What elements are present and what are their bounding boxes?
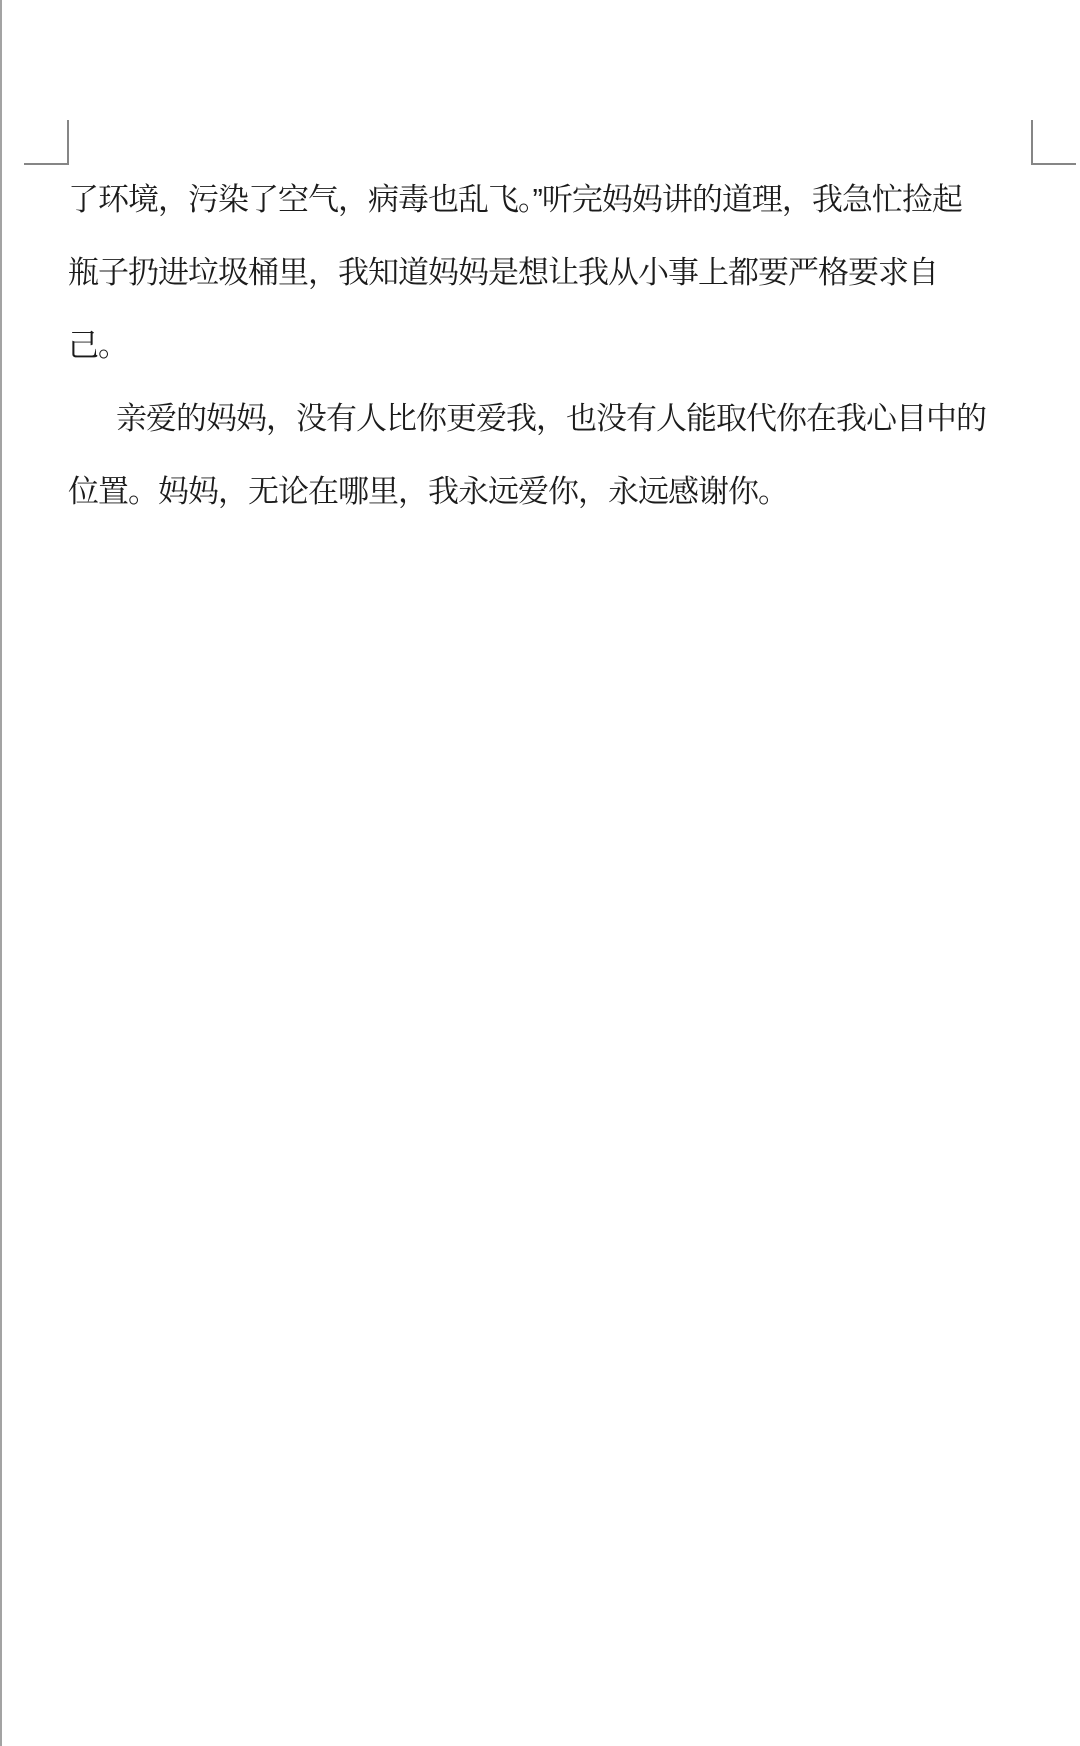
text-line[interactable]: 位置。妈妈，无论在哪里，我永远爱你，永远感谢你。	[68, 452, 950, 525]
text-line[interactable]: 瓶子扔进垃圾桶里，我知道妈妈是想让我从小事上都要严格要求自	[68, 233, 950, 306]
text-line[interactable]: 了环境，污染了空气，病毒也乱飞。”听完妈妈讲的道理，我急忙捡起	[68, 160, 950, 233]
text-line[interactable]: 己。	[68, 306, 950, 379]
margin-mark-top-right-icon	[1031, 120, 1076, 165]
page-left-edge-line	[0, 0, 2, 1746]
document-text-area[interactable]: 了环境，污染了空气，病毒也乱飞。”听完妈妈讲的道理，我急忙捡起 瓶子扔进垃圾桶里…	[68, 160, 950, 525]
margin-mark-top-left-icon	[24, 120, 69, 165]
text-line[interactable]: 亲爱的妈妈，没有人比你更爱我，也没有人能取代你在我心目中的	[68, 379, 950, 452]
